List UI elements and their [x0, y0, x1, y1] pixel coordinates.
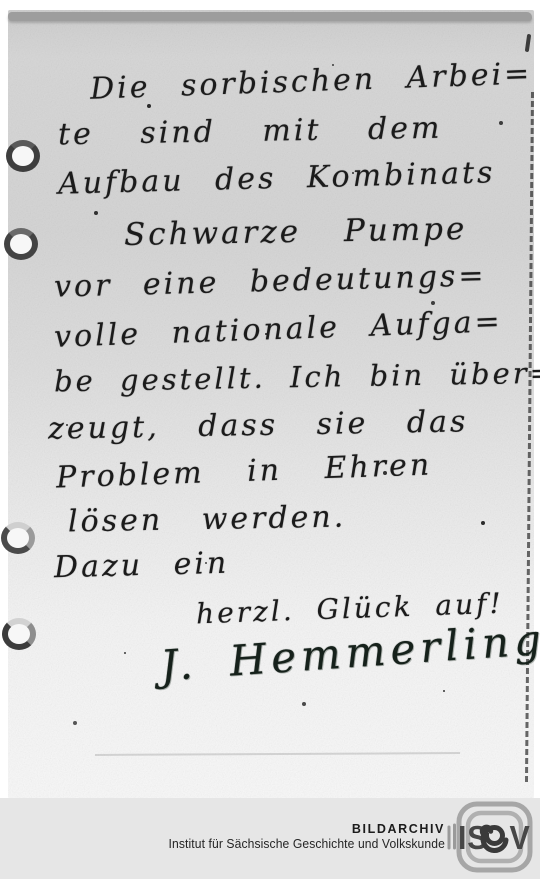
archive-footer-bar: BILDARCHIV Institut für Sächsische Gesch…	[0, 798, 540, 879]
logo-letter-v: V	[509, 819, 529, 856]
punch-hole	[2, 618, 36, 650]
punch-hole	[4, 228, 38, 260]
page-torn-top-edge	[8, 12, 532, 21]
dust-speckles	[0, 0, 2, 2]
punch-hole	[1, 522, 35, 554]
archive-caption: BILDARCHIV Institut für Sächsische Gesch…	[160, 822, 445, 852]
logo-spiral-g	[482, 827, 506, 850]
isgv-logo-icon: IS V	[446, 800, 536, 876]
handwritten-line: lösen werden.	[68, 500, 347, 540]
screenshot-root: Die sorbischen Arbei= te sind mit dem Au…	[0, 0, 540, 879]
institute-name: Institut für Sächsische Geschichte und V…	[169, 837, 445, 852]
punch-hole	[6, 140, 40, 172]
handwritten-line: te sind mit dem	[58, 111, 443, 153]
handwritten-line: zeugt, dass sie das	[48, 404, 469, 446]
letter-scan-photo: Die sorbischen Arbei= te sind mit dem Au…	[0, 0, 540, 798]
handwritten-line: Dazu ein	[54, 546, 230, 586]
archive-title: BILDARCHIV	[160, 822, 445, 837]
handwritten-line: Schwarze Pumpe	[124, 211, 468, 253]
